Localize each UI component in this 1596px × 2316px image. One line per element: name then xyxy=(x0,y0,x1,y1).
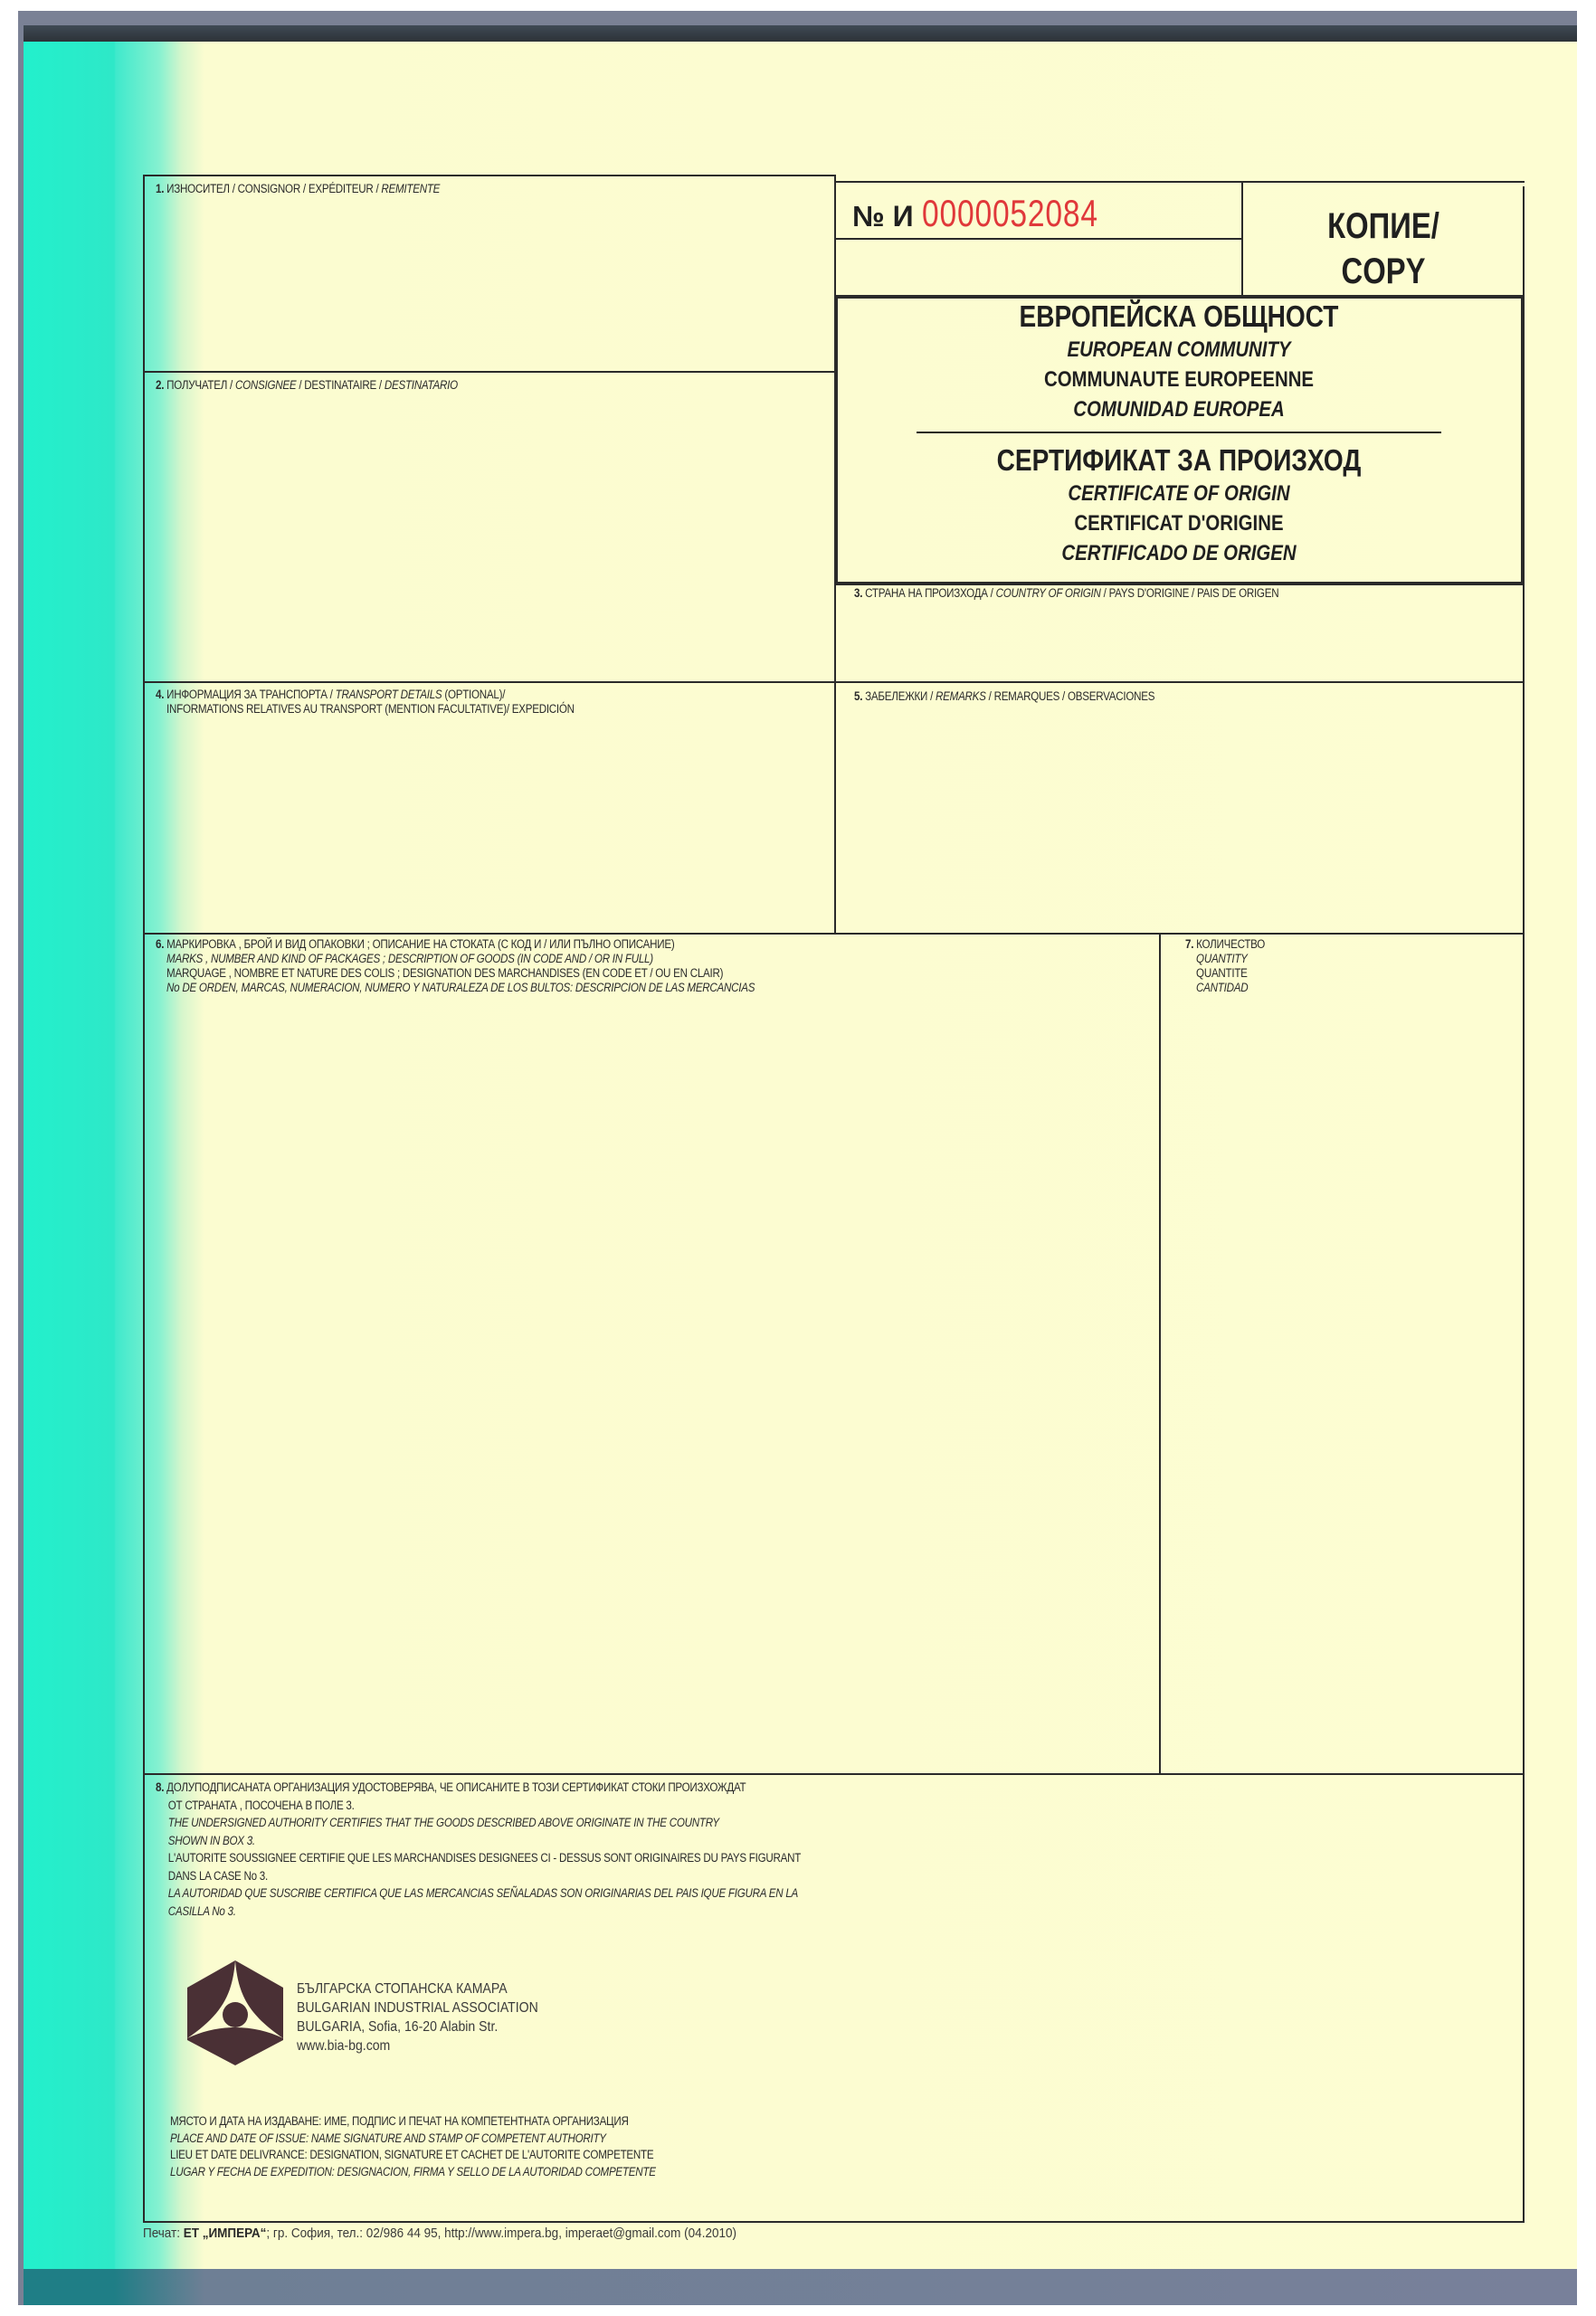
frame-top-right xyxy=(834,181,1525,183)
divider-row-4-5 xyxy=(143,681,1525,683)
serial-number: № И 0000052084 xyxy=(852,192,1143,235)
certificate-title-en: CERTIFICATE OF ORIGIN xyxy=(889,479,1469,508)
box3-label: 3. СТРАНА НА ПРОИЗХОДА / COUNTRY OF ORIG… xyxy=(854,586,1278,601)
box6-label: 6. МАРКИРОВКА , БРОЙ И ВИД ОПАКОВКИ ; ОП… xyxy=(156,937,755,995)
certificate-title-bg: СЕРТИФИКАТ ЗА ПРОИЗХОД xyxy=(889,442,1469,479)
ec-box-right xyxy=(1521,295,1525,584)
title-divider xyxy=(917,432,1441,433)
consignee-field[interactable] xyxy=(154,398,823,674)
certificate-title-es: CERTIFICADO DE ORIGEN xyxy=(889,538,1469,568)
copy-label: КОПИЕ/ COPY xyxy=(1269,204,1498,294)
community-fr: COMMUNAUTE EUROPEENNE xyxy=(889,365,1469,394)
transport-details-field[interactable] xyxy=(154,724,823,927)
divider-row-6-7 xyxy=(143,933,1525,935)
scanner-bottom-edge xyxy=(24,2269,1577,2305)
place-date-label: МЯСТО И ДАТА НА ИЗДАВАНЕ: ИМЕ, ПОДПИС И … xyxy=(170,2113,656,2180)
frame-left xyxy=(143,175,145,2222)
community-es: COMUNIDAD EUROPEA xyxy=(889,394,1469,424)
community-bg: ЕВРОПЕЙСКА ОБЩНОСТ xyxy=(889,299,1469,335)
box1-label: 1. ИЗНОСИТЕЛ / CONSIGNOR / EXPÉDITEUR / … xyxy=(156,182,440,196)
organization-website: www.bia-bg.com xyxy=(297,2036,538,2055)
box2-label: 2. ПОЛУЧАТЕЛ / CONSIGNEE / DESTINATAIRE … xyxy=(156,378,458,393)
box7-label: 7. КОЛИЧЕСТВО QUANTITY QUANTITE CANTIDAD xyxy=(1185,937,1265,995)
quantity-field[interactable] xyxy=(1167,1004,1515,1764)
organization-name-en: BULGARIAN INDUSTRIAL ASSOCIATION xyxy=(297,1998,538,2017)
divider-serial-row xyxy=(834,238,1243,240)
certificate-title-box: ЕВРОПЕЙСКА ОБЩНОСТ EUROPEAN COMMUNITY CO… xyxy=(838,299,1520,568)
frame-top-left xyxy=(143,175,836,176)
certificate-title-fr: CERTIFICAT D'ORIGINE xyxy=(889,508,1469,538)
printer-imprint: Печат: ЕТ „ИМПЕРА“; гр. София, тел.: 02/… xyxy=(143,2226,736,2241)
serial-digits: 0000052084 xyxy=(922,192,1098,235)
divider-box1-box2 xyxy=(143,371,836,373)
box5-label: 5. ЗАБЕЛЕЖКИ / REMARKS / REMARQUES / OBS… xyxy=(854,689,1154,704)
ec-box-bottom xyxy=(834,582,1525,585)
box8-certification-text: 8. ДОЛУПОДПИСАНАТА ОРГАНИЗАЦИЯ УДОСТОВЕР… xyxy=(156,1779,801,1920)
signature-stamp-field[interactable] xyxy=(814,2081,1511,2216)
divider-box6-box7 xyxy=(1159,933,1161,1774)
country-of-origin-field[interactable] xyxy=(846,604,1515,677)
organization-address: BULGARIA, Sofia, 16-20 Alabin Str. xyxy=(297,2017,538,2036)
remarks-field[interactable] xyxy=(846,710,1515,927)
goods-description-field[interactable] xyxy=(154,1004,1149,1764)
divider-copy xyxy=(1241,181,1243,297)
frame-bottom xyxy=(143,2221,1525,2223)
bia-hexagon-logo-icon xyxy=(185,1959,285,2067)
page-top-shadow xyxy=(24,25,1577,43)
organization-info: БЪЛГАРСКА СТОПАНСКА КАМАРА BULGARIAN IND… xyxy=(297,1979,538,2055)
box4-label: 4. ИНФОРМАЦИЯ ЗА ТРАНСПОРТА / TRANSPORT … xyxy=(156,688,575,717)
organization-name-bg: БЪЛГАРСКА СТОПАНСКА КАМАРА xyxy=(297,1979,538,1998)
consignor-field[interactable] xyxy=(154,201,823,364)
community-en: EUROPEAN COMMUNITY xyxy=(889,335,1469,365)
divider-row-8 xyxy=(143,1773,1525,1775)
